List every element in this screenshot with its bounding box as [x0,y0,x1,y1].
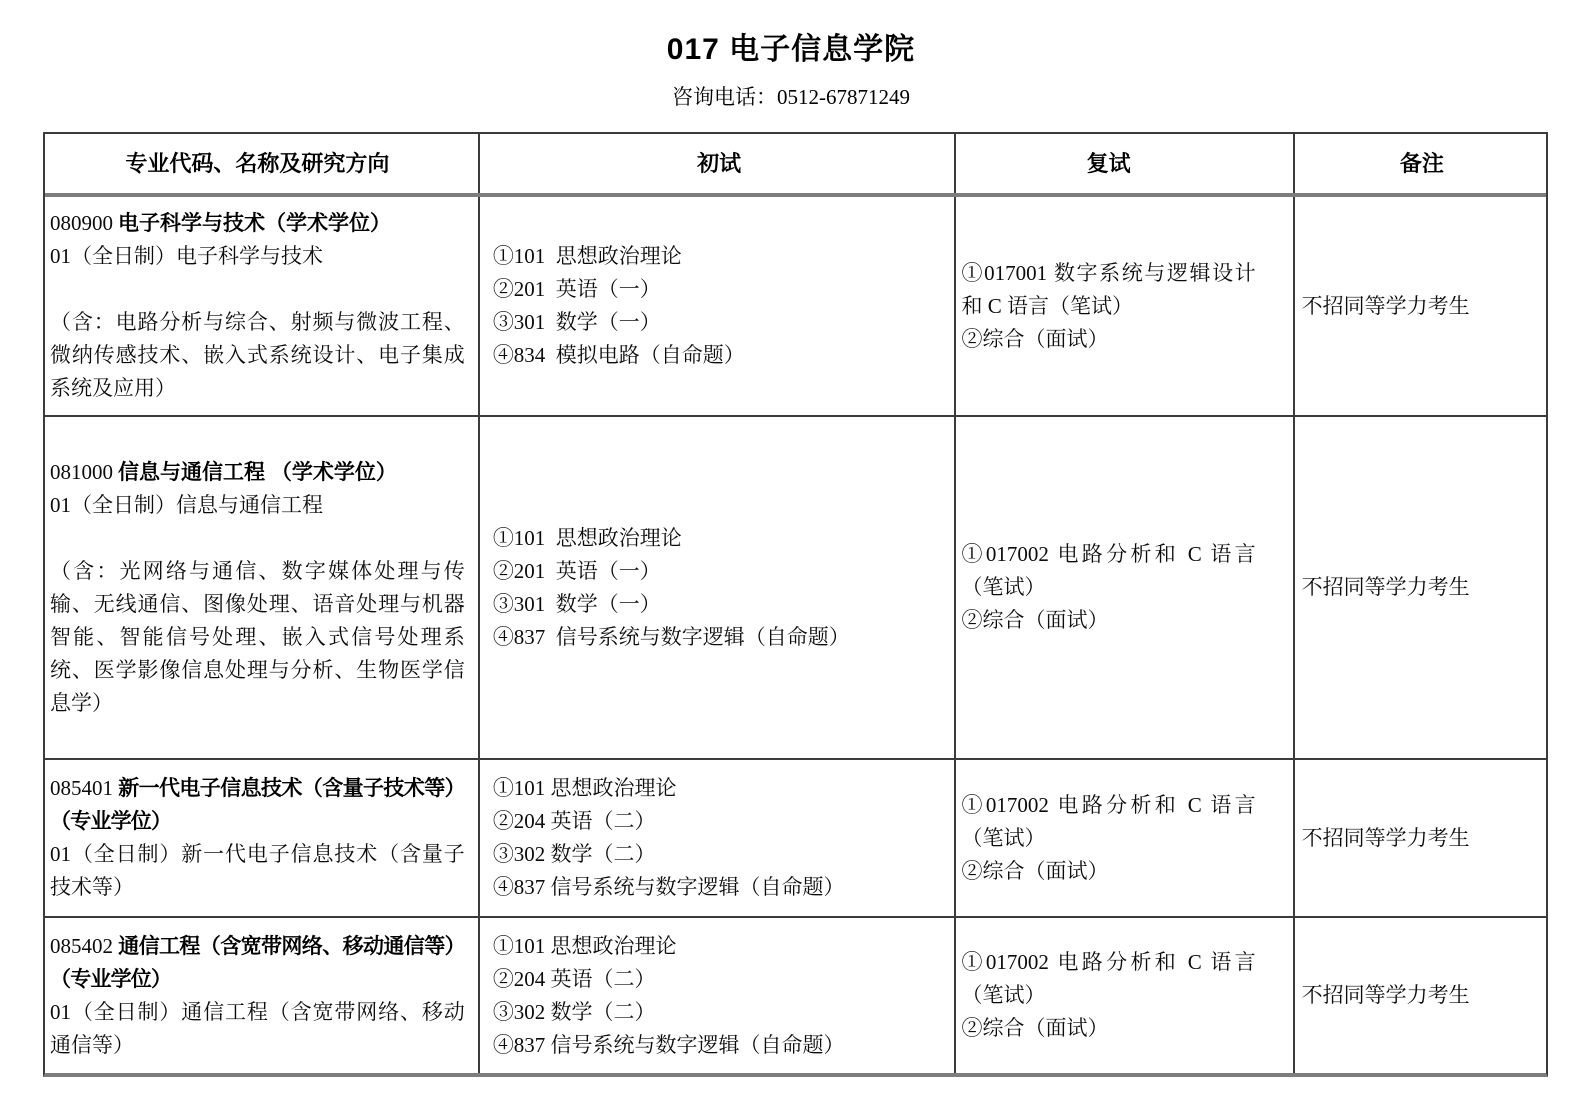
initial-exam-item: ③302 数学（二） [493,838,946,871]
retest-item: ②综合（面试） [962,1012,1256,1045]
initial-exam-cell: ①101 思想政治理论 ②204 英语（二） ③302 数学（二） ④837 信… [478,918,954,1073]
retest-item: ①017001 数字系统与逻辑设计和 C 语言（笔试） [962,257,1256,323]
initial-exam-item: ①101 思想政治理论 [493,772,946,805]
initial-exam-cell: ①101 思想政治理论 ②204 英语（二） ③302 数学（二） ④837 信… [478,760,954,916]
program-name: 电子科学与技术（学术学位） [118,212,391,235]
retest-cell: ①017002 电路分析和 C 语言（笔试） ②综合（面试） [954,760,1293,916]
retest-item: ①017002 电路分析和 C 语言（笔试） [962,538,1256,604]
column-header-retest: 复试 [954,134,1293,193]
program-cell: 085402通信工程（含宽带网络、移动通信等）（专业学位） 01（全日制）通信工… [45,918,478,1073]
column-header-program: 专业代码、名称及研究方向 [45,134,478,193]
contact-phone: 咨询电话：0512-67871249 [0,81,1582,111]
retest-cell: ①017002 电路分析和 C 语言（笔试） ②综合（面试） [954,417,1293,758]
column-header-remark: 备注 [1293,134,1546,193]
initial-exam-item: ③301 数学（一） [493,588,946,621]
initial-exam-cell: ①101 思想政治理论 ②201 英语（一） ③301 数学（一） ④834 模… [478,197,954,415]
initial-exam-item: ④837 信号系统与数字逻辑（自命题） [493,871,946,904]
remark-cell: 不招同等学力考生 [1293,918,1546,1073]
table-row: 085402通信工程（含宽带网络、移动通信等）（专业学位） 01（全日制）通信工… [45,916,1546,1073]
initial-exam-item: ④837 信号系统与数字逻辑（自命题） [493,1029,946,1062]
initial-exam-item: ②201 英语（一） [493,273,946,306]
remark-text: 不招同等学力考生 [1302,571,1542,604]
blank-line [50,273,465,306]
program-cell: 081000信息与通信工程 （学术学位） 01（全日制）信息与通信工程 （含：光… [45,417,478,758]
retest-item: ②综合（面试） [962,604,1256,637]
remark-text: 不招同等学力考生 [1302,979,1542,1012]
retest-item: ②综合（面试） [962,323,1256,356]
initial-exam-item: ④834 模拟电路（自命题） [493,339,946,372]
initial-exam-item: ②201 英语（一） [493,555,946,588]
program-title: 085402通信工程（含宽带网络、移动通信等）（专业学位） [50,930,465,996]
program-direction: 01（全日制）新一代电子信息技术（含量子技术等） [50,838,465,904]
remark-cell: 不招同等学力考生 [1293,417,1546,758]
initial-exam-item: ②204 英语（二） [493,963,946,996]
document-page: 017 电子信息学院 咨询电话：0512-67871249 专业代码、名称及研究… [0,0,1582,1112]
program-scope: （含：光网络与通信、数字媒体处理与传输、无线通信、图像处理、语音处理与机器智能、… [50,555,465,720]
program-title: 085401新一代电子信息技术（含量子技术等）（专业学位） [50,772,465,838]
remark-cell: 不招同等学力考生 [1293,197,1546,415]
initial-exam-item: ①101 思想政治理论 [493,240,946,273]
remark-cell: 不招同等学力考生 [1293,760,1546,916]
retest-cell: ①017002 电路分析和 C 语言（笔试） ②综合（面试） [954,918,1293,1073]
program-code: 085402 [50,934,113,958]
table-row: 080900电子科学与技术（学术学位） 01（全日制）电子科学与技术 （含：电路… [45,197,1546,415]
retest-cell: ①017001 数字系统与逻辑设计和 C 语言（笔试） ②综合（面试） [954,197,1293,415]
initial-exam-item: ③302 数学（二） [493,996,946,1029]
remark-text: 不招同等学力考生 [1302,290,1542,323]
initial-exam-item: ④837 信号系统与数字逻辑（自命题） [493,621,946,654]
blank-line [50,522,465,555]
program-cell: 085401新一代电子信息技术（含量子技术等）（专业学位） 01（全日制）新一代… [45,760,478,916]
admissions-table: 专业代码、名称及研究方向 初试 复试 备注 080900电子科学与技术（学术学位… [43,132,1548,1077]
table-header-row: 专业代码、名称及研究方向 初试 复试 备注 [45,134,1546,197]
table-row: 081000信息与通信工程 （学术学位） 01（全日制）信息与通信工程 （含：光… [45,415,1546,758]
initial-exam-cell: ①101 思想政治理论 ②201 英语（一） ③301 数学（一） ④837 信… [478,417,954,758]
program-code: 085401 [50,776,113,800]
program-code: 080900 [50,211,113,235]
column-header-initial-exam: 初试 [478,134,954,193]
program-scope: （含：电路分析与综合、射频与微波工程、微纳传感技术、嵌入式系统设计、电子集成系统… [50,306,465,405]
initial-exam-item: ①101 思想政治理论 [493,522,946,555]
program-cell: 080900电子科学与技术（学术学位） 01（全日制）电子科学与技术 （含：电路… [45,197,478,415]
program-title: 081000信息与通信工程 （学术学位） [50,456,465,489]
retest-item: ①017002 电路分析和 C 语言（笔试） [962,946,1256,1012]
retest-item: ①017002 电路分析和 C 语言（笔试） [962,789,1256,855]
table-row: 085401新一代电子信息技术（含量子技术等）（专业学位） 01（全日制）新一代… [45,758,1546,916]
retest-item: ②综合（面试） [962,855,1256,888]
initial-exam-item: ③301 数学（一） [493,306,946,339]
program-direction: 01（全日制）通信工程（含宽带网络、移动通信等） [50,996,465,1062]
program-direction: 01（全日制）信息与通信工程 [50,489,465,522]
initial-exam-item: ①101 思想政治理论 [493,930,946,963]
program-direction: 01（全日制）电子科学与技术 [50,240,465,273]
program-name: 信息与通信工程 （学术学位） [118,461,397,484]
initial-exam-item: ②204 英语（二） [493,805,946,838]
page-title: 017 电子信息学院 [0,0,1582,68]
program-code: 081000 [50,460,113,484]
program-title: 080900电子科学与技术（学术学位） [50,207,465,240]
remark-text: 不招同等学力考生 [1302,822,1542,855]
